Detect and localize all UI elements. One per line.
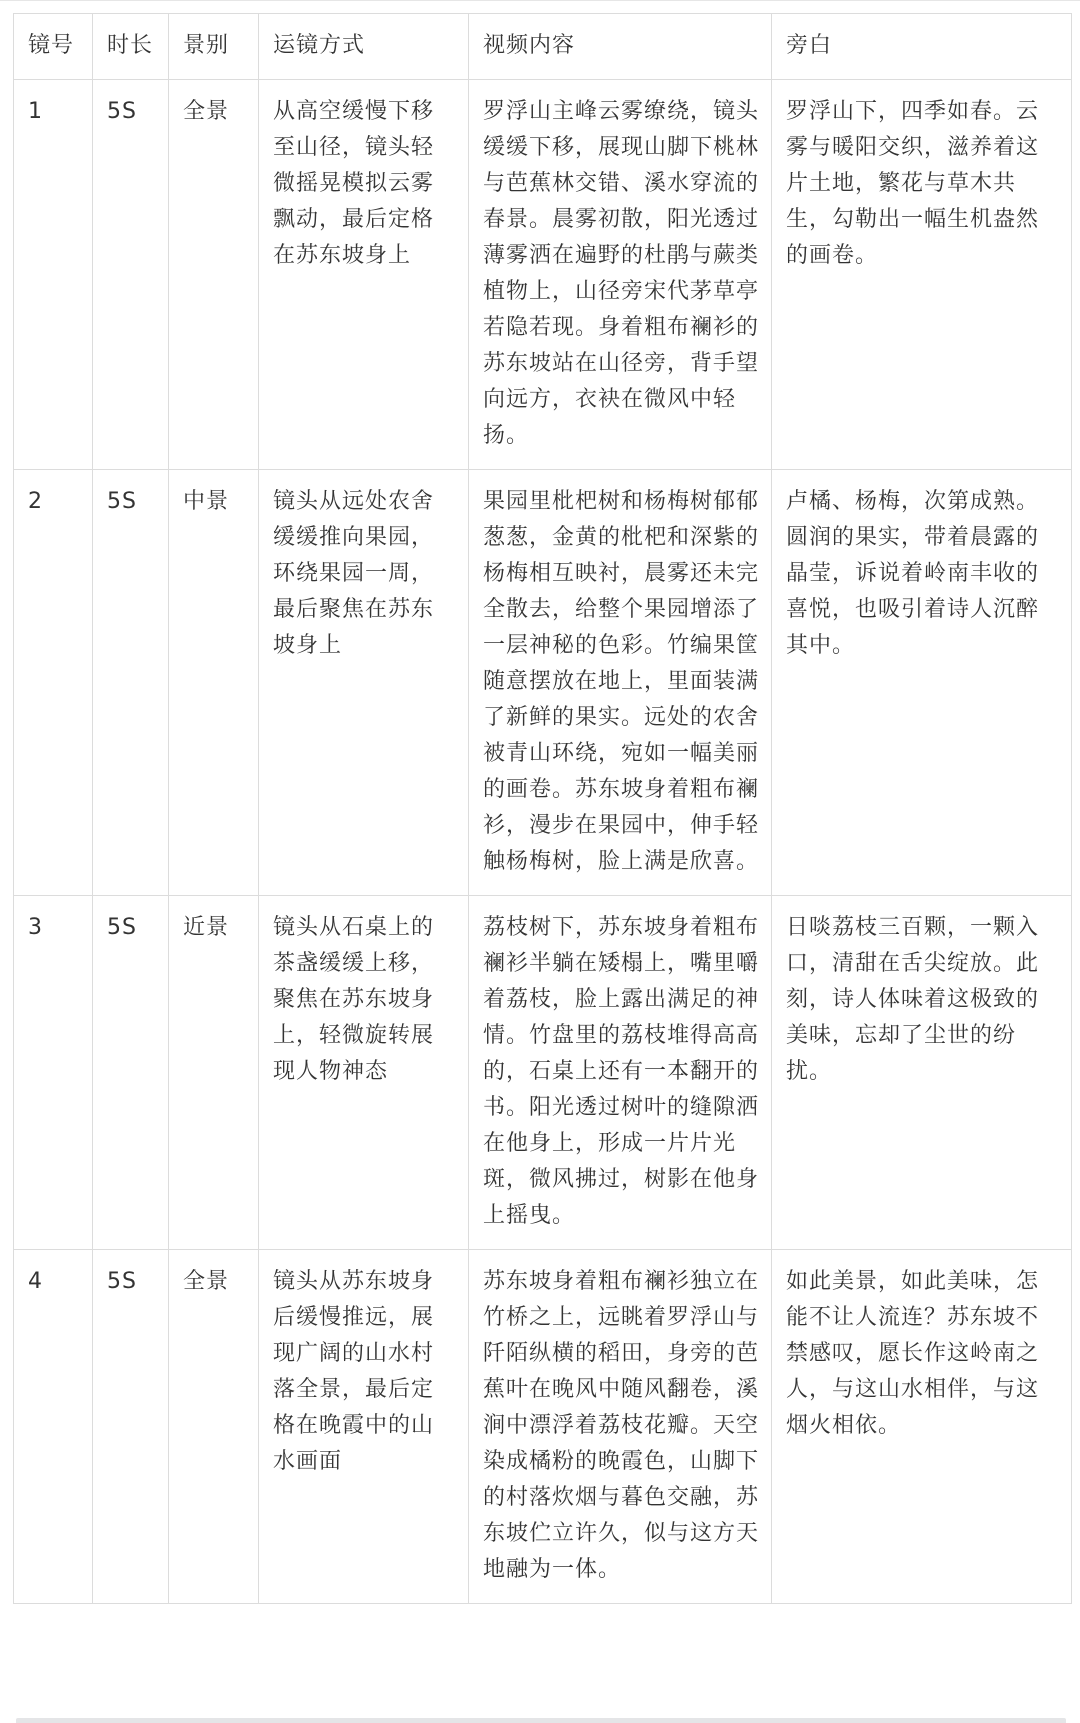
cell-video-content: 苏东坡身着粗布襕衫独立在竹桥之上，远眺着罗浮山与阡陌纵横的稻田，身旁的芭蕉叶在晚… — [469, 1250, 772, 1604]
cell-camera-movement: 从高空缓慢下移至山径，镜头轻微摇晃模拟云雾飘动，最后定格在苏东坡身上 — [259, 80, 469, 470]
cell-video-content: 荔枝树下，苏东坡身着粗布襕衫半躺在矮榻上，嘴里嚼着荔枝，脸上露出满足的神情。竹盘… — [469, 896, 772, 1250]
header-camera-movement: 运镜方式 — [259, 14, 469, 80]
cell-camera-movement: 镜头从远处农舍缓缓推向果园，环绕果园一周，最后聚焦在苏东坡身上 — [259, 470, 469, 896]
header-shot-number: 镜号 — [14, 14, 93, 80]
cell-camera-movement: 镜头从苏东坡身后缓慢推远，展现广阔的山水村落全景，最后定格在晚霞中的山水画面 — [259, 1250, 469, 1604]
cell-shot-number: 3 — [14, 896, 93, 1250]
table-row: 3 5S 近景 镜头从石桌上的茶盏缓缓上移，聚焦在苏东坡身上，轻微旋转展现人物神… — [14, 896, 1072, 1250]
cell-narration: 罗浮山下，四季如春。云雾与暖阳交织，滋养着这片土地，繁花与草木共生，勾勒出一幅生… — [772, 80, 1072, 470]
cell-narration: 卢橘、杨梅，次第成熟。圆润的果实，带着晨露的晶莹，诉说着岭南丰收的喜悦，也吸引着… — [772, 470, 1072, 896]
cell-shot-size: 全景 — [169, 80, 259, 470]
cell-duration: 5S — [93, 896, 169, 1250]
header-narration: 旁白 — [772, 14, 1072, 80]
header-video-content: 视频内容 — [469, 14, 772, 80]
table-row: 1 5S 全景 从高空缓慢下移至山径，镜头轻微摇晃模拟云雾飘动，最后定格在苏东坡… — [14, 80, 1072, 470]
cell-duration: 5S — [93, 80, 169, 470]
cell-video-content: 罗浮山主峰云雾缭绕，镜头缓缓下移，展现山脚下桃林与芭蕉林交错、溪水穿流的春景。晨… — [469, 80, 772, 470]
cell-shot-size: 全景 — [169, 1250, 259, 1604]
cell-camera-movement: 镜头从石桌上的茶盏缓缓上移，聚焦在苏东坡身上，轻微旋转展现人物神态 — [259, 896, 469, 1250]
top-divider — [0, 0, 1080, 1]
cell-narration: 如此美景，如此美味，怎能不让人流连？苏东坡不禁感叹，愿长作这岭南之人，与这山水相… — [772, 1250, 1072, 1604]
cell-shot-size: 中景 — [169, 470, 259, 896]
table-header-row: 镜号 时长 景别 运镜方式 视频内容 旁白 — [14, 14, 1072, 80]
cell-shot-number: 4 — [14, 1250, 93, 1604]
cell-video-content: 果园里枇杷树和杨梅树郁郁葱葱，金黄的枇杷和深紫的杨梅相互映衬，晨雾还未完全散去，… — [469, 470, 772, 896]
storyboard-table: 镜号 时长 景别 运镜方式 视频内容 旁白 1 5S 全景 从高空缓慢下移至山径… — [13, 13, 1072, 1604]
header-shot-size: 景别 — [169, 14, 259, 80]
horizontal-scrollbar[interactable] — [16, 1718, 1066, 1723]
cell-narration: 日啖荔枝三百颗，一颗入口，清甜在舌尖绽放。此刻，诗人体味着这极致的美味，忘却了尘… — [772, 896, 1072, 1250]
cell-shot-size: 近景 — [169, 896, 259, 1250]
table-row: 4 5S 全景 镜头从苏东坡身后缓慢推远，展现广阔的山水村落全景，最后定格在晚霞… — [14, 1250, 1072, 1604]
header-duration: 时长 — [93, 14, 169, 80]
cell-duration: 5S — [93, 470, 169, 896]
cell-shot-number: 1 — [14, 80, 93, 470]
cell-shot-number: 2 — [14, 470, 93, 896]
storyboard-table-container[interactable]: 镜号 时长 景别 运镜方式 视频内容 旁白 1 5S 全景 从高空缓慢下移至山径… — [13, 13, 1071, 1604]
table-row: 2 5S 中景 镜头从远处农舍缓缓推向果园，环绕果园一周，最后聚焦在苏东坡身上 … — [14, 470, 1072, 896]
cell-duration: 5S — [93, 1250, 169, 1604]
